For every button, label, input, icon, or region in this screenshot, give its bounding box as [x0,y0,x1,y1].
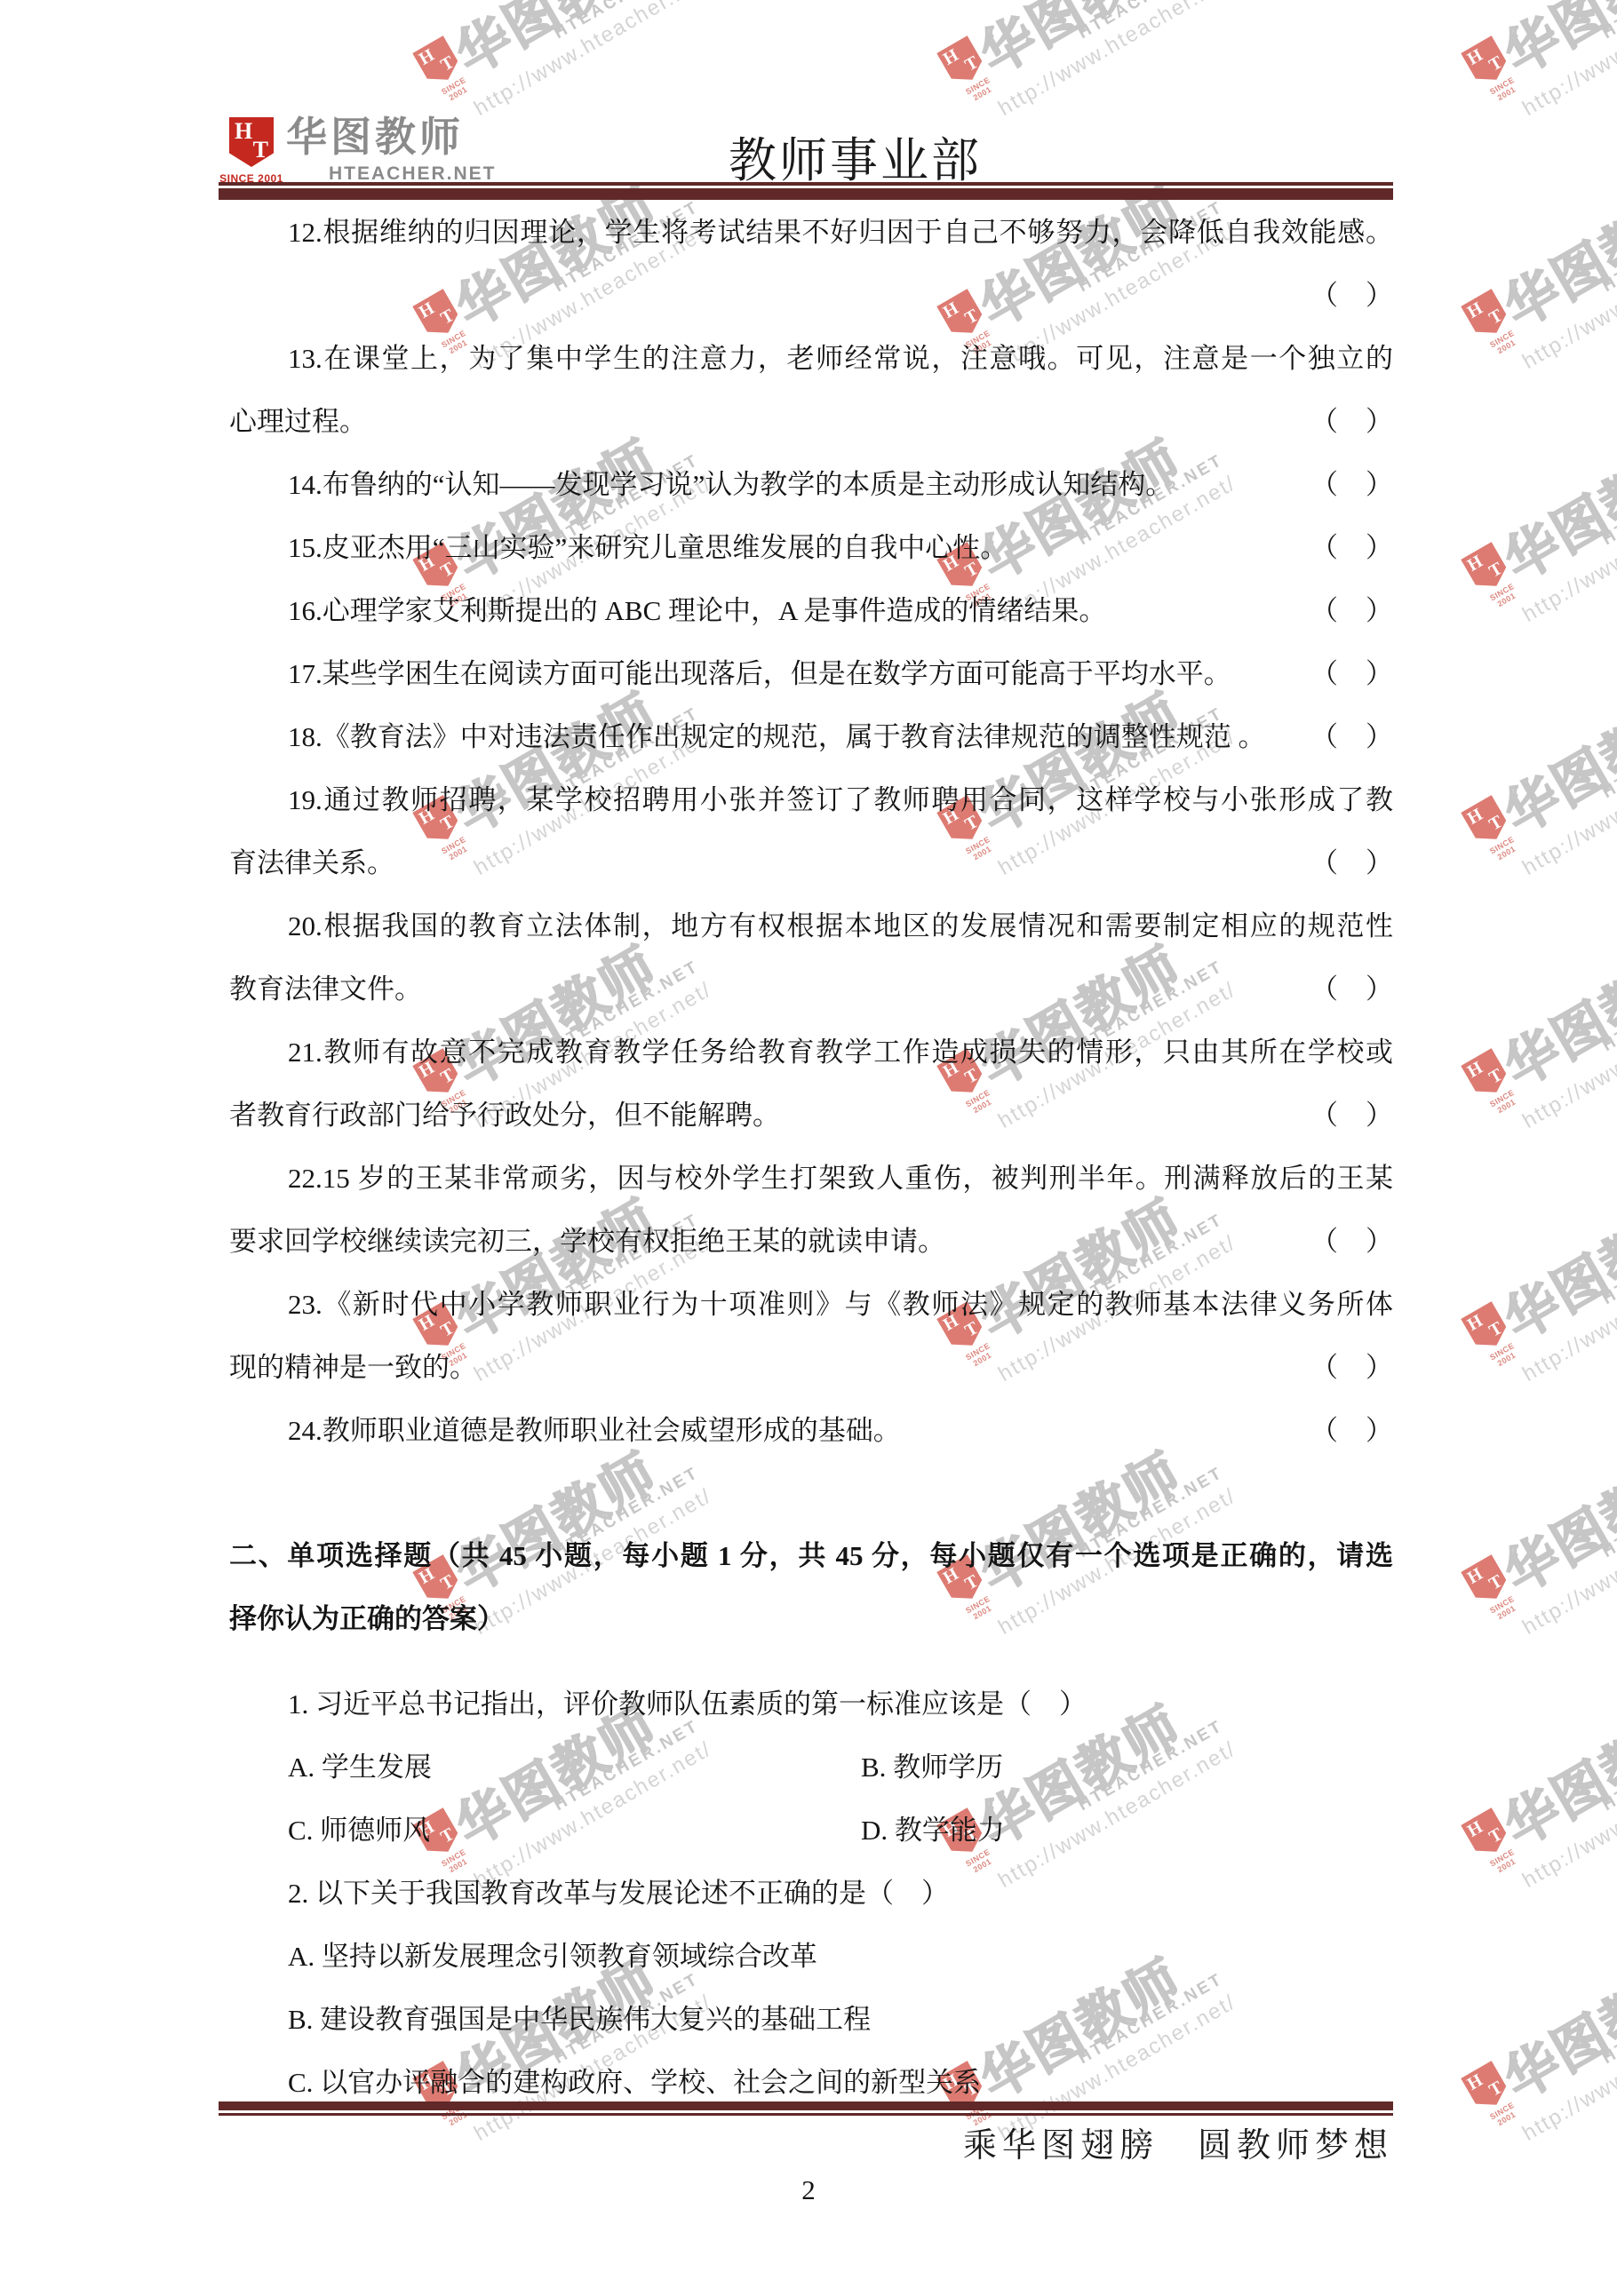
line-text: 22.15 岁的王某非常顽劣，因与校外学生打架致人重伤，被判刑半年。刑满释放后的… [288,1163,1393,1194]
line-text: 1. 习近平总书记指出，评价教师队伍素质的第一标准应该是（ ） [288,1688,1087,1720]
q18: 18.《教育法》中对违法责任作出规定的规范，属于教育法律规范的调整性规范 。（ … [229,705,1393,768]
watermark-url-text: http://www.hteacher.net/ [1518,471,1617,627]
watermark-logo-icon: HT [1461,1554,1512,1608]
mc-q2-option-c: C. 以官办评融合的建构政府、学校、社会之间的新型关系 [229,2051,1393,2114]
line-text: 14.布鲁纳的“认知——发现学习说”认为教学的本质是主动形成认知结构。 [288,469,1173,500]
watermark-logo-icon: HT [1461,1048,1512,1101]
answer-bracket: （ ） [1310,1336,1393,1399]
line-text: 17.某些学困生在阅读方面可能出现落后，但是在数学方面可能高于平均水平。 [288,658,1231,689]
page-number: 2 [0,2174,1617,2206]
line-text: 现的精神是一致的。 [229,1352,477,1383]
line-text: A. 坚持以新发展理念引领教育领域综合改革 [288,1941,817,1972]
section2-heading-line1: 二、单项选择题（共 45 小题，每小题 1 分，共 45 分，每小题仅有一个选项… [229,1524,1393,1587]
answer-bracket: （ ） [1310,705,1393,768]
answer-bracket: （ ） [1310,1399,1393,1462]
watermark-logo-icon: HT [1461,2061,1512,2114]
watermark-group: HTSINCE 2001华图教师HTEACHER.NEThttp://www.h… [1448,1164,1617,1421]
watermark-logo-icon: HT [1461,36,1512,89]
watermark-site-text: HTEACHER.NET [1599,957,1617,1056]
answer-bracket: （ ） [1310,516,1393,579]
watermark-group: HTSINCE 2001华图教师HTEACHER.NEThttp://www.h… [1448,1671,1617,1927]
header-rule-thick-bar [219,188,1393,200]
q12-line1: 12.根据维纳的归因理论，学生将考试结果不好归因于自己不够努力，会降低自我效能感… [229,201,1393,264]
watermark-group: HTSINCE 2001华图教师HTEACHER.NEThttp://www.h… [1448,1418,1617,1674]
answer-bracket: （ ） [1310,1084,1393,1147]
q21-line1: 21.教师有故意不完成教育教学任务给教育教学工作造成损失的情形，只由其所在学校或 [229,1021,1393,1084]
watermark-logo-icon: HT [1461,542,1512,595]
exam-page: HTSINCE 2001华图教师HTEACHER.NEThttp://www.h… [0,0,1617,2296]
watermark-brand-text: 华图教师 [1488,1938,1617,2114]
question-lines: 12.根据维纳的归因理论，学生将考试结果不好归因于自己不够努力，会降低自我效能感… [229,201,1393,2114]
watermark-site-text: HTEACHER.NET [1599,451,1617,550]
watermark-since-text: SINCE 2001 [1480,1842,1529,1880]
watermark-group: HTSINCE 2001华图教师HTEACHER.NEThttp://www.h… [1448,658,1617,915]
q22-line1: 22.15 岁的王某非常顽劣，因与校外学生打架致人重伤，被判刑半年。刑满释放后的… [229,1147,1393,1210]
watermark-site-text: HTEACHER.NET [1599,704,1617,803]
q24: 24.教师职业道德是教师职业社会威望形成的基础。（ ） [229,1399,1393,1462]
watermark-since-text: SINCE 2001 [1480,1083,1529,1121]
watermark-brand-text: 华图教师 [1488,0,1617,89]
line-text: 19.通过教师招聘，某学校招聘用小张并签订了教师聘用合同，这样学校与小张形成了教 [288,784,1393,815]
mc-q1: 1. 习近平总书记指出，评价教师队伍素质的第一标准应该是（ ） [229,1672,1393,1736]
watermark-url-text: http://www.hteacher.net/ [470,0,716,122]
watermark-logo-icon: HT [936,36,988,89]
watermark-since-text: SINCE 2001 [1480,1589,1529,1627]
answer-bracket: （ ） [1310,579,1393,642]
answer-bracket: （ ） [1310,264,1393,327]
watermark-brand-text: 华图教师 [1488,1432,1617,1608]
answer-bracket: （ ） [1310,1210,1393,1273]
watermark-group: HTSINCE 2001华图教师HTEACHER.NEThttp://www.h… [1448,911,1617,1168]
watermark-since-text: SINCE 2001 [1480,2095,1529,2133]
watermark-since-text: SINCE 2001 [432,70,481,108]
watermark-group: HTSINCE 2001华图教师HTEACHER.NEThttp://www.h… [1448,405,1617,662]
answer-bracket: （ ） [1310,390,1393,453]
watermark-brand-text: 华图教师 [1488,1685,1617,1861]
spacer [229,1462,1393,1524]
watermark-logo-icon: HT [412,36,464,89]
watermark-brand-text: 华图教师 [1488,419,1617,595]
q17: 17.某些学困生在阅读方面可能出现落后，但是在数学方面可能高于平均水平。（ ） [229,642,1393,705]
watermark-since-text: SINCE 2001 [1480,323,1529,361]
answer-bracket: （ ） [1310,453,1393,516]
logo-letter-h: H [235,120,252,143]
watermark-url-text: http://www.hteacher.net/ [994,0,1240,122]
mc-q1-options-ab-col2: B. 教师学历 [861,1752,1003,1783]
watermark-brand-text: 华图教师 [1488,1179,1617,1355]
answer-bracket: （ ） [1310,957,1393,1021]
brand-name-cn: 华图教师 [286,114,464,160]
q19-line2: 育法律关系。（ ） [229,831,1393,894]
mc-q2: 2. 以下关于我国教育改革与发展论述不正确的是（ ） [229,1862,1393,1925]
line-text: 心理过程。 [229,406,367,437]
watermark-url-text: http://www.hteacher.net/ [1518,0,1617,122]
line-text: 者教育行政部门给予行政处分，但不能解聘。 [229,1100,780,1131]
watermark-brand-text: 华图教师 [1488,672,1617,848]
watermark-logo-icon: HT [1461,795,1512,848]
watermark-url-text: http://www.hteacher.net/ [1518,1230,1617,1386]
watermark-since-text: SINCE 2001 [1480,1336,1529,1374]
line-text: 二、单项选择题（共 45 小题，每小题 1 分，共 45 分，每小题仅有一个选项… [229,1540,1393,1571]
watermark-site-text: HTEACHER.NET [1599,1464,1617,1562]
watermark-site-text: HTEACHER.NET [1599,1717,1617,1815]
watermark-group: HTSINCE 2001华图教师HTEACHER.NEThttp://www.h… [1448,1924,1617,2181]
mc-q1-options-cd-col1: C. 师德师风 [288,1799,861,1862]
header-rule [219,182,1393,200]
q23-line1: 23.《新时代中小学教师职业行为十项准则》与《教师法》规定的教师基本法律义务所体 [229,1273,1393,1336]
line-text: 20.根据我国的教育立法体制，地方有权根据本地区的发展情况和需要制定相应的规范性 [288,910,1393,941]
line-text: 21.教师有故意不完成教育教学任务给教育教学工作造成损失的情形，只由其所在学校或 [288,1037,1393,1068]
line-text: 育法律关系。 [229,847,394,878]
department-title: 教师事业部 [729,123,982,191]
watermark-brand-text: 华图教师 [440,0,669,89]
answer-bracket: （ ） [1310,831,1393,894]
q23-line2: 现的精神是一致的。（ ） [229,1336,1393,1399]
line-text: 13.在课堂上，为了集中学生的注意力，老师经常说，注意哦。可见，注意是一个独立的 [288,343,1393,374]
line-text: 2. 以下关于我国教育改革与发展论述不正确的是（ ） [288,1878,949,1909]
mc-q1-options-ab: A. 学生发展B. 教师学历 [229,1736,1393,1799]
line-text: B. 建设教育强国是中华民族伟大复兴的基础工程 [288,2004,871,2035]
mc-q1-options-cd: C. 师德师风D. 教学能力 [229,1799,1393,1862]
watermark-logo-icon: HT [1461,1301,1512,1355]
watermark-since-text: SINCE 2001 [1480,70,1529,108]
line-text: 择你认为正确的答案） [229,1603,505,1634]
watermark-brand-text: 华图教师 [1488,926,1617,1101]
mc-q2-option-a: A. 坚持以新发展理念引领教育领域综合改革 [229,1925,1393,1988]
watermark-url-text: http://www.hteacher.net/ [1518,724,1617,880]
spacer [229,1650,1393,1672]
q12-bracket-line: （ ） [229,264,1393,327]
q19-line1: 19.通过教师招聘，某学校招聘用小张并签订了教师聘用合同，这样学校与小张形成了教 [229,768,1393,831]
q13-line2: 心理过程。（ ） [229,390,1393,453]
watermark-site-text: HTEACHER.NET [1599,0,1617,44]
watermark-site-text: HTEACHER.NET [1599,198,1617,297]
line-text: 15.皮亚杰用“三山实验”来研究儿童思维发展的自我中心性。 [288,532,1008,563]
watermark-site-text: HTEACHER.NET [1599,1970,1617,2069]
line-text: 要求回学校继续读完初三，学校有权拒绝王某的就读申请。 [229,1226,945,1257]
line-text: 24.教师职业道德是教师职业社会威望形成的基础。 [288,1415,901,1446]
q16: 16.心理学家艾利斯提出的 ABC 理论中，A 是事件造成的情绪结果。（ ） [229,579,1393,642]
watermark-site-text: HTEACHER.NET [1075,0,1227,44]
q13-line1: 13.在课堂上，为了集中学生的注意力，老师经常说，注意哦。可见，注意是一个独立的 [229,327,1393,390]
watermark-site-text: HTEACHER.NET [551,0,703,44]
watermark-group: HTSINCE 2001华图教师HTEACHER.NEThttp://www.h… [1448,152,1617,409]
line-text: C. 以官办评融合的建构政府、学校、社会之间的新型关系 [288,2067,981,2098]
mc-q1-options-cd-col2: D. 教学能力 [861,1815,1005,1846]
line-text: 23.《新时代中小学教师职业行为十项准则》与《教师法》规定的教师基本法律义务所体 [288,1289,1393,1320]
q21-line2: 者教育行政部门给予行政处分，但不能解聘。（ ） [229,1084,1393,1147]
watermark-logo-icon: HT [1461,289,1512,342]
q22-line2: 要求回学校继续读完初三，学校有权拒绝王某的就读申请。（ ） [229,1210,1393,1273]
logo-letter-t: T [253,139,268,162]
q15: 15.皮亚杰用“三山实验”来研究儿童思维发展的自我中心性。（ ） [229,516,1393,579]
watermark-since-text: SINCE 2001 [1480,576,1529,615]
q14: 14.布鲁纳的“认知——发现学习说”认为教学的本质是主动形成认知结构。（ ） [229,453,1393,516]
watermark-brand-text: 华图教师 [1488,166,1617,342]
mc-q2-option-b: B. 建设教育强国是中华民族伟大复兴的基础工程 [229,1988,1393,2051]
watermark-url-text: http://www.hteacher.net/ [1518,977,1617,1133]
q20-line1: 20.根据我国的教育立法体制，地方有权根据本地区的发展情况和需要制定相应的规范性 [229,894,1393,957]
watermark-since-text: SINCE 2001 [956,70,1005,108]
mc-q1-options-ab-col1: A. 学生发展 [288,1736,861,1799]
section2-heading-line2: 择你认为正确的答案） [229,1587,1393,1650]
huatu-logo-shield-icon: H T [229,117,274,167]
line-text: 18.《教育法》中对违法责任作出规定的规范，属于教育法律规范的调整性规范 。 [288,721,1266,752]
watermark-url-text: http://www.hteacher.net/ [1518,218,1617,374]
q20-line2: 教育法律文件。（ ） [229,957,1393,1021]
footer-slogan: 乘华图翅膀 圆教师梦想 [229,2117,1393,2166]
watermark-since-text: SINCE 2001 [1480,830,1529,868]
watermark-group: HTSINCE 2001华图教师HTEACHER.NEThttp://www.h… [1448,0,1617,155]
watermark-logo-icon: HT [1461,1807,1512,1861]
watermark-url-text: http://www.hteacher.net/ [1518,1736,1617,1893]
line-text: 教育法律文件。 [229,973,422,1005]
watermark-url-text: http://www.hteacher.net/ [1518,1990,1617,2146]
watermark-site-text: HTEACHER.NET [1599,1211,1617,1309]
line-text: 12.根据维纳的归因理论，学生将考试结果不好归因于自己不够努力，会降低自我效能感… [288,217,1393,248]
line-text: 16.心理学家艾利斯提出的 ABC 理论中，A 是事件造成的情绪结果。 [288,595,1106,626]
watermark-url-text: http://www.hteacher.net/ [1518,1483,1617,1640]
watermark-brand-text: 华图教师 [964,0,1193,89]
answer-bracket: （ ） [1310,642,1393,705]
